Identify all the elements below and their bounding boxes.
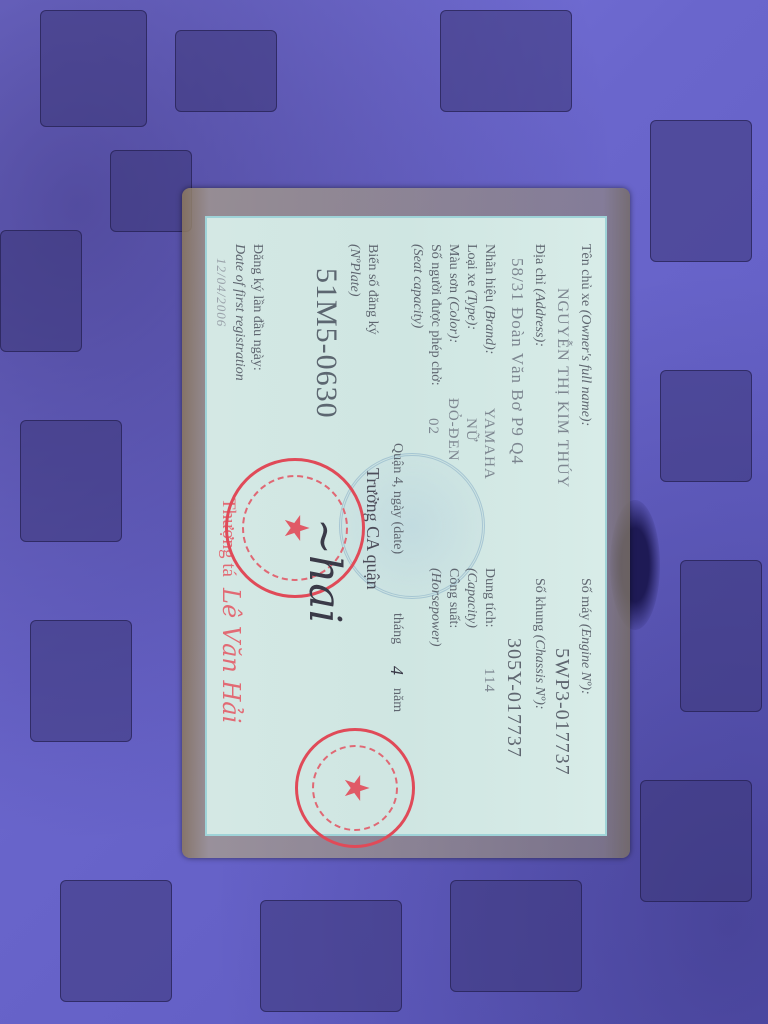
mat-tile <box>450 880 582 992</box>
mat-tile <box>440 10 572 112</box>
owner-label: Tên chủ xe (Owner's full name): <box>577 244 593 426</box>
brand-label: Nhãn hiệu (Brand): <box>481 244 497 354</box>
horsepower-label-en: (Horsepower) <box>427 568 443 647</box>
mat-tile <box>175 30 277 112</box>
mat-tile <box>640 780 752 902</box>
chassis-value: 305Y-017737 <box>502 638 525 758</box>
color-value: ĐỎ-ĐEN <box>444 398 461 462</box>
registration-card: Tên chủ xe (Owner's full name): Số máy (… <box>205 216 607 836</box>
capacity-label-en: (Capacity) <box>463 568 479 628</box>
seats-value: 02 <box>424 418 441 435</box>
engine-label: Số máy (Engine Nº): <box>577 578 593 695</box>
issue-year-label: năm <box>389 688 405 712</box>
seats-label: Số người được phép chở: <box>427 244 443 386</box>
mat-tile <box>650 120 752 262</box>
brand-value: YAMAHA <box>480 408 497 480</box>
issuing-authority: Trưởng CA quận <box>362 468 383 590</box>
address-label: Địa chỉ (Address): <box>531 244 547 347</box>
address-value: 58/31 Đoàn Văn Bơ P9 Q4 <box>507 258 527 465</box>
type-label: Loại xe (Type): <box>463 244 479 330</box>
mat-tile <box>660 370 752 482</box>
horsepower-label: Công suất: <box>445 568 461 628</box>
mat-tile <box>260 900 402 1012</box>
issue-place-date: Quận 4, ngày (date) <box>389 443 405 554</box>
type-value: NỮ <box>462 418 479 442</box>
color-label: Màu sơn (Color): <box>445 244 461 343</box>
owner-value: NGUYỄN THỊ KIM THÚY <box>553 288 571 488</box>
mat-tile <box>110 150 192 232</box>
mat-tile <box>30 620 132 742</box>
capacity-value: 114 <box>480 668 497 693</box>
plate-label: Biển số đăng ký <box>364 244 380 335</box>
mat-tile <box>60 880 172 1002</box>
issue-month-value: 4 <box>386 666 407 676</box>
chassis-label: Số khung (Chassis Nº): <box>531 578 547 710</box>
engine-value: 5WP3-017737 <box>550 648 573 776</box>
signer-name: Lê Văn Hải <box>217 588 245 723</box>
plate-label-en: (NºPlate) <box>346 244 362 297</box>
capacity-label: Dung tích: <box>481 568 497 628</box>
plate-value: 51M5-0630 <box>309 268 343 419</box>
issue-month-label: tháng <box>389 613 405 644</box>
mat-tile <box>40 10 147 127</box>
first-registration-value: 12/04/2006 <box>213 258 229 327</box>
mat-tile <box>680 560 762 712</box>
handwritten-signature: ~hai <box>299 518 350 624</box>
mat-tile <box>20 420 122 542</box>
first-registration-label-en: Date of first registration <box>231 244 247 381</box>
card-face: Tên chủ xe (Owner's full name): Số máy (… <box>205 216 607 836</box>
seats-label-en: (Seat capacity) <box>409 244 425 328</box>
first-registration-label: Đăng ký lần đầu ngày: <box>249 244 265 371</box>
mat-tile <box>0 230 82 352</box>
red-seal-corner: ★ <box>295 728 415 848</box>
star-icon: ★ <box>338 773 372 803</box>
